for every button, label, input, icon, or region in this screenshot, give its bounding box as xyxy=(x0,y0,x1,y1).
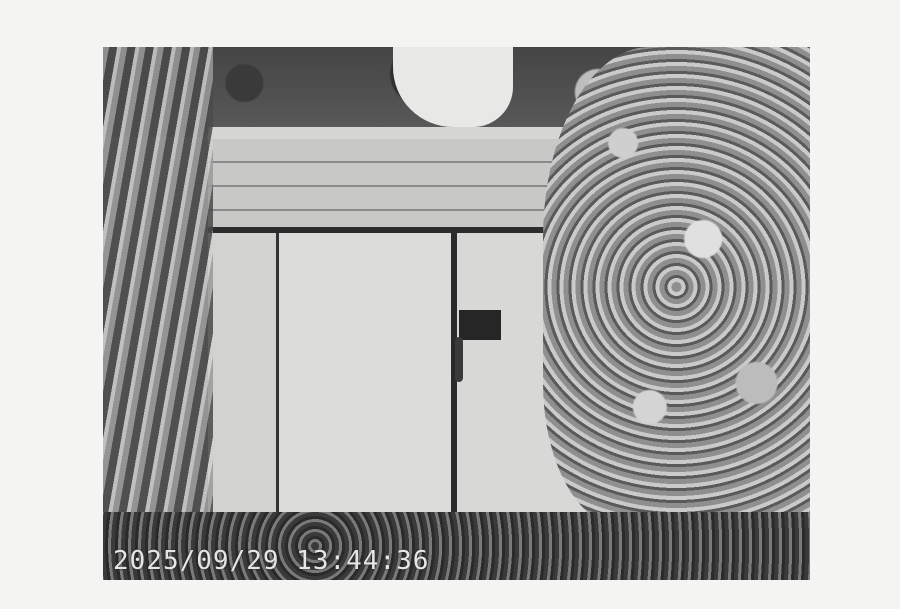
padlock-hasp-icon xyxy=(459,310,501,340)
shed-side-wall xyxy=(208,230,279,515)
timestamp-overlay: 2025/09/29 13:44:36 xyxy=(113,546,429,576)
shed-roof xyxy=(207,127,609,139)
shed-door-left xyxy=(279,230,457,515)
tree-trunks-left xyxy=(103,47,213,580)
padlock-chain-icon xyxy=(455,337,463,382)
foliage-right xyxy=(543,47,810,527)
shed-photo: 2025/09/29 13:44:36 xyxy=(103,47,810,580)
